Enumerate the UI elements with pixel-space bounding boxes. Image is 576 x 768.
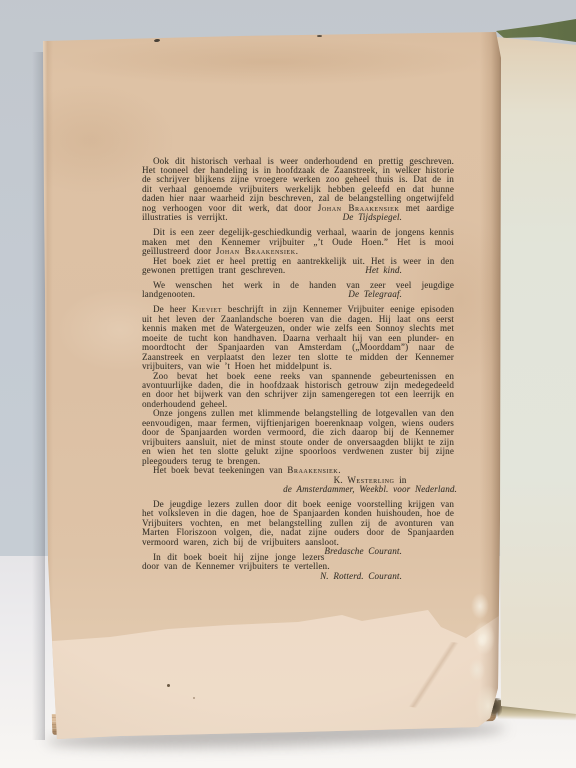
review-paragraph: Onze jongens zullen met klimmende belang… [142, 409, 454, 466]
review-paragraph: In dit boek boeit hij zijne jonge lezers… [142, 553, 454, 572]
text-segment: Het boek ziet er heel prettig en aantrek… [142, 256, 454, 275]
review-paragraph: Zoo bevat het boek eene reeks van spanne… [142, 372, 454, 410]
paper-speck [167, 684, 170, 687]
source-attribution: Bredasche Courant. [324, 547, 402, 556]
paper-crease [376, 633, 495, 718]
text-segment: We wenschen het werk in de handen van ze… [142, 280, 454, 299]
source-attribution: Het kind. [365, 266, 402, 275]
text-segment: de Amsterdammer, Weekbl. voor Nederland. [283, 484, 457, 494]
source-attribution: De Telegraaf. [348, 290, 402, 299]
text-segment: De jeugdige lezers zullen door dit boek … [142, 499, 454, 547]
review-paragraph: We wenschen het werk in de handen van ze… [142, 281, 454, 300]
text-segment: In dit boek boeit hij zijne jonge lezers… [142, 552, 330, 571]
source-attribution: De Tijdspiegel. [343, 213, 402, 222]
text-segment: Het boek bevat teekeningen van [153, 465, 287, 475]
signature-block: K. Westerling inde Amsterdammer, Weekbl.… [283, 476, 457, 495]
book-page: Ook dit historisch verhaal is weer onder… [0, 0, 576, 768]
paper-speck [317, 35, 322, 37]
review-paragraph: De heer Kieviet beschrijft in zijn Kenne… [142, 305, 454, 371]
paper-speck [154, 39, 160, 43]
text-segment: Braakensiek [287, 465, 338, 475]
paper-speck [193, 697, 195, 699]
signature-line: de Amsterdammer, Weekbl. voor Nederland. [283, 485, 457, 494]
review-paragraph: De jeugdige lezers zullen door dit boek … [142, 500, 454, 547]
source-attribution: N. Rotterd. Courant. [320, 572, 402, 581]
review-text-block: Ook dit historisch verhaal is weer onder… [142, 151, 454, 581]
page-edge-shadow [32, 52, 45, 740]
text-segment: Zoo bevat het boek eene reeks van spanne… [142, 371, 454, 409]
review-paragraph: Dit is een zeer degelijk-geschiedkundig … [142, 228, 454, 256]
review-paragraph: Ook dit historisch verhaal is weer onder… [142, 157, 454, 223]
review-paragraph: Het boek bevat teekeningen van Braakensi… [142, 466, 454, 475]
review-paragraph: Het boek ziet er heel prettig en aantrek… [142, 257, 454, 276]
book-photo: Ook dit historisch verhaal is weer onder… [0, 0, 576, 768]
text-segment: Johan Braakensiek [318, 203, 400, 213]
text-segment: Onze jongens zullen met klimmende belang… [142, 408, 454, 465]
text-segment: beschrijft in zijn Kennemer Vrijbuiter e… [142, 304, 454, 371]
